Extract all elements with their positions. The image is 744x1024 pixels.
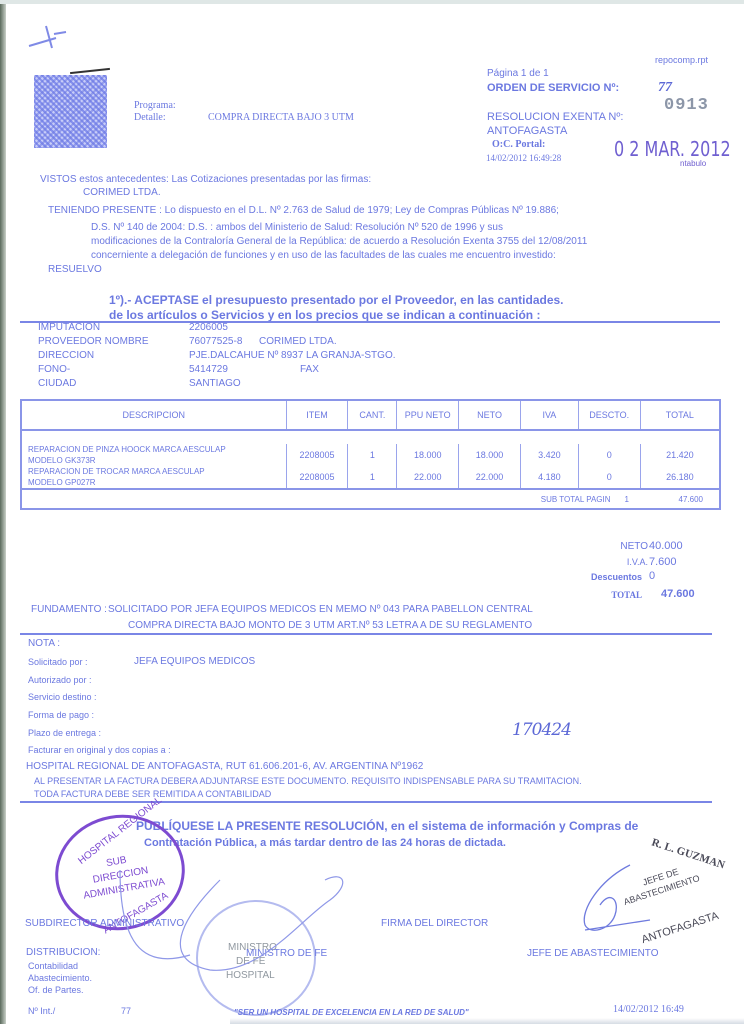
order-label: ORDEN DE SERVICIO Nº:	[487, 82, 619, 94]
ciudad-label: CIUDAD	[38, 378, 76, 389]
subtotal-value: 47.600	[643, 495, 703, 504]
totals-iva-label: I.V.A.	[614, 557, 648, 567]
jefe-stamp-name: R. L. GUZMAN	[650, 836, 726, 871]
col-header-item: ITEM	[286, 400, 348, 430]
autorizado-label: Autorizado por :	[28, 675, 92, 685]
fundamento-label: FUNDAMENTO :	[31, 604, 107, 615]
page-indicator: Página 1 de 1	[487, 68, 549, 79]
int-label: Nº Int./	[28, 1006, 55, 1016]
publication-line-2: Contratación Pública, a más tardar dentr…	[144, 837, 506, 849]
totals-total: 47.600	[661, 588, 695, 600]
divider	[20, 633, 712, 635]
subtotal-row: SUB TOTAL PAGIN 1 47.600	[21, 489, 720, 509]
handwritten-mark-icon	[26, 22, 76, 52]
col-header-descripcion: DESCRIPCION	[21, 400, 286, 430]
jefe-signature-label: JEFE DE ABASTECIMIENTO	[527, 948, 659, 959]
vistos-firm: CORIMED LTDA.	[83, 187, 161, 198]
table-row: REPARACION DE TROCAR MARCA AESCULAPMODEL…	[21, 466, 720, 489]
row-total: 21.420	[640, 444, 720, 466]
items-table: DESCRIPCION ITEM CANT. PPU NETO NETO IVA…	[20, 399, 721, 510]
date-stamp: 0 2 MAR. 2012	[614, 137, 731, 161]
acceptance-line-2: de los artículos o Servicios y en los pr…	[109, 308, 540, 322]
col-header-neto: NETO	[459, 400, 521, 430]
table-row: REPARACION DE PINZA HOOCK MARCA AESCULAP…	[21, 444, 720, 466]
row-cant: 1	[348, 444, 397, 466]
row-desc-model: MODELO GK373R	[28, 456, 96, 465]
direccion-value: PJE.DALCAHUE Nº 8937 LA GRANJA-STGO.	[189, 350, 396, 361]
row-ppu: 22.000	[397, 466, 459, 489]
row-descto: 0	[578, 444, 640, 466]
teniendo-line-3: modificaciones de la Contraloría General…	[91, 236, 587, 247]
handwritten-number: 170424	[512, 720, 571, 740]
col-header-ppu-neto: PPU NETO	[397, 400, 459, 430]
footer-slogan: "SER UN HOSPITAL DE EXCELENCIA EN LA RED…	[234, 1008, 469, 1017]
program-label: Programa:	[134, 100, 176, 111]
int-value: 77	[121, 1006, 131, 1016]
resolution-label: RESOLUCION EXENTA Nº:	[487, 111, 623, 123]
direccion-label: DIRECCION	[38, 350, 94, 361]
distribution-label: DISTRIBUCION:	[26, 947, 100, 958]
publication-line-1: PUBLÍQUESE LA PRESENTE RESOLUCIÓN, en el…	[136, 819, 638, 833]
totals-descuentos: 0	[649, 570, 655, 582]
row-iva: 3.420	[520, 444, 578, 466]
distribution-item: Abastecimiento.	[28, 973, 92, 983]
col-header-cant: CANT.	[348, 400, 397, 430]
distribution-item: Contabilidad	[28, 961, 78, 971]
ciudad-value: SANTIAGO	[189, 378, 241, 389]
row-neto: 22.000	[459, 466, 521, 489]
subtotal-page: 1	[613, 495, 641, 504]
report-file: repocomp.rpt	[655, 55, 708, 65]
acceptance-line-1: 1º).- ACEPTASE el presupuesto presentado…	[109, 293, 564, 307]
forma-pago-label: Forma de pago :	[28, 710, 94, 720]
aviso-line-1: AL PRESENTAR LA FACTURA DEBERA ADJUNTARS…	[34, 776, 582, 786]
teniendo-line-1: TENIENDO PRESENTE : Lo dispuesto en el D…	[48, 205, 559, 216]
totals-total-label: TOTAL	[604, 590, 642, 600]
teniendo-line-2: D.S. Nº 140 de 2004: D.S. : ambos del Mi…	[91, 222, 503, 233]
fono-value: 5414729	[189, 364, 228, 375]
row-cant: 1	[348, 466, 397, 489]
row-item: 2208005	[286, 444, 348, 466]
oc-timestamp: 14/02/2012 16:49:28	[486, 153, 561, 163]
proveedor-nombre: CORIMED LTDA.	[259, 336, 337, 347]
hospital-logo	[34, 75, 107, 148]
table-header-row: DESCRIPCION ITEM CANT. PPU NETO NETO IVA…	[21, 400, 720, 430]
row-descto: 0	[578, 466, 640, 489]
detail-value: COMPRA DIRECTA BAJO 3 UTM	[208, 112, 354, 123]
footer-timestamp: 14/02/2012 16:49	[613, 1004, 684, 1015]
vistos-text: VISTOS estos antecedentes: Las Cotizacio…	[40, 174, 371, 185]
divider	[20, 321, 720, 323]
row-desc-model: MODELO GP027R	[28, 478, 96, 487]
detail-label: Detalle:	[134, 112, 166, 123]
facturar-value: HOSPITAL REGIONAL DE ANTOFAGASTA, RUT 61…	[26, 761, 423, 772]
proveedor-rut: 76077525-8	[189, 336, 242, 347]
row-ppu: 18.000	[397, 444, 459, 466]
row-item: 2208005	[286, 466, 348, 489]
signature-scribble-icon	[100, 860, 360, 980]
col-header-descto: DESCTO.	[578, 400, 640, 430]
row-neto: 18.000	[459, 444, 521, 466]
divider	[20, 801, 712, 803]
header-city: ANTOFAGASTA	[487, 125, 567, 137]
signature-jefe-icon	[570, 860, 660, 940]
totals-descuentos-label: Descuentos	[588, 572, 642, 582]
fundamento-line-1: SOLICITADO POR JEFA EQUIPOS MEDICOS EN M…	[108, 604, 533, 615]
scan-top-edge	[0, 0, 744, 4]
subtotal-label: SUB TOTAL PAGIN	[541, 495, 611, 504]
oc-portal-label: O:C. Portal:	[492, 139, 545, 150]
col-header-total: TOTAL	[640, 400, 720, 430]
proveedor-label: PROVEEDOR NOMBRE	[38, 336, 149, 347]
pen-mark	[70, 68, 110, 74]
servicio-label: Servicio destino :	[28, 692, 97, 702]
scan-edge	[0, 0, 6, 1024]
fundamento-line-2: COMPRA DIRECTA BAJO MONTO DE 3 UTM ART.N…	[128, 620, 532, 631]
fax-label: FAX	[300, 364, 319, 375]
scan-bottom-edge	[230, 1018, 744, 1024]
col-header-iva: IVA	[520, 400, 578, 430]
solicitado-label: Solicitado por :	[28, 657, 88, 667]
order-number: 77	[658, 80, 672, 96]
plazo-label: Plazo de entrega :	[28, 728, 101, 738]
totals-neto: 40.000	[649, 540, 683, 552]
imputacion-label: IMPUTACION	[38, 322, 100, 333]
fono-label: FONO-	[38, 364, 70, 375]
facturar-label: Facturar en original y dos copias a :	[28, 745, 171, 755]
row-desc: REPARACION DE TROCAR MARCA AESCULAP	[28, 467, 205, 476]
date-stamp-sub: ntabulo	[680, 159, 706, 168]
solicitado-value: JEFA EQUIPOS MEDICOS	[134, 656, 255, 667]
row-iva: 4.180	[520, 466, 578, 489]
totals-neto-label: NETO	[614, 541, 648, 552]
row-desc: REPARACION DE PINZA HOOCK MARCA AESCULAP	[28, 445, 226, 454]
imputacion-value: 2206005	[189, 322, 228, 333]
teniendo-line-4: concerniente a delegación de funciones y…	[91, 250, 556, 261]
row-total: 26.180	[640, 466, 720, 489]
distribution-item: Of. de Partes.	[28, 985, 84, 995]
totals-iva: 7.600	[649, 556, 677, 568]
director-signature-label: FIRMA DEL DIRECTOR	[381, 918, 488, 929]
resuelvo-heading: RESUELVO	[48, 264, 102, 275]
resolution-number-stamp: 0913	[664, 96, 709, 115]
nota-label: NOTA :	[28, 638, 60, 649]
